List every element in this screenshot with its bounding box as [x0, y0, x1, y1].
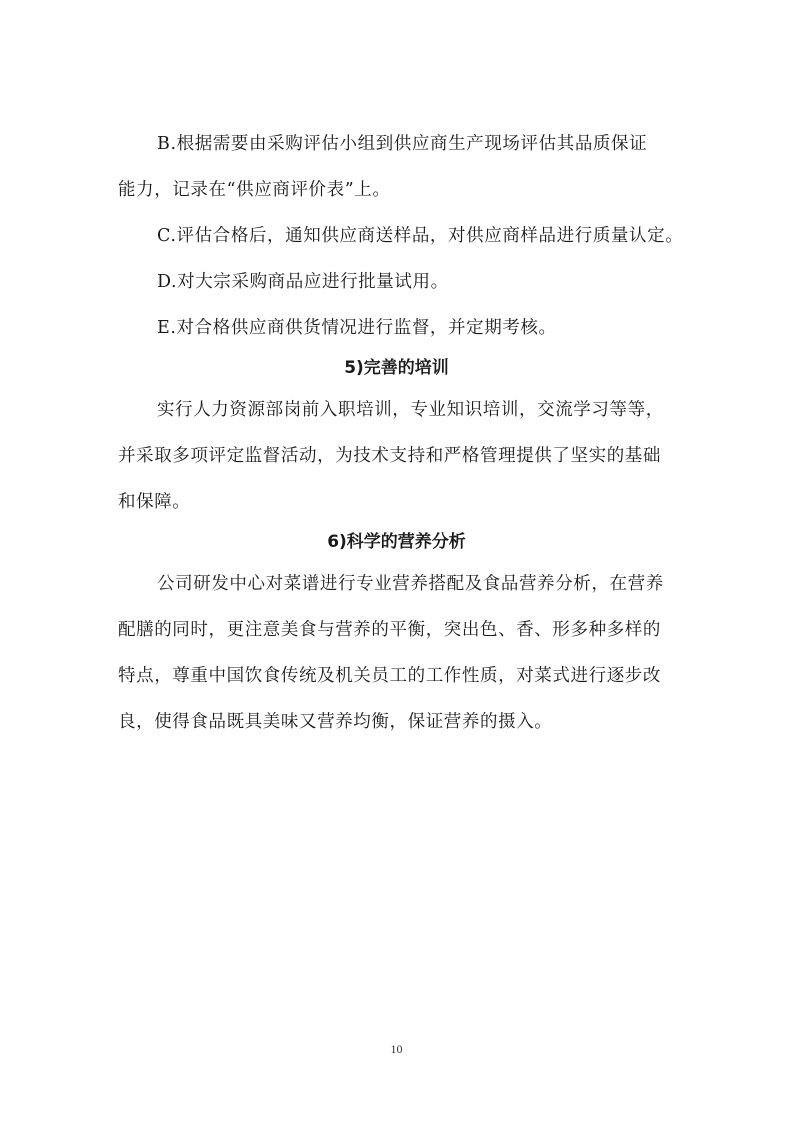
training-para-line-3: 和保障。	[118, 488, 190, 513]
item-b-line-2: 能力，记录在“供应商评价表”上。	[118, 176, 391, 201]
section-heading-training: 5)完善的培训	[0, 353, 793, 378]
item-d-line: D.对大宗采购商品应进行批量试用。	[157, 268, 449, 293]
item-e-line: E.对合格供应商供货情况进行监督，并定期考核。	[157, 314, 557, 339]
training-para-line-1: 实行人力资源部岗前入职培训，专业知识培训，交流学习等等，	[157, 396, 664, 421]
nutrition-para-line-3: 特点，尊重中国饮食传统及机关员工的工作性质，对菜式进行逐步改	[118, 662, 661, 687]
nutrition-para-line-2: 配膳的同时，更注意美食与营养的平衡，突出色、香、形多种多样的	[118, 616, 661, 641]
nutrition-para-line-4: 良，使得食品既具美味又营养均衡，保证营养的摄入。	[118, 708, 552, 733]
training-para-line-2: 并采取多项评定监督活动，为技术支持和严格管理提供了坚实的基础	[118, 442, 661, 467]
item-c-line: C.评估合格后，通知供应商送样品，对供应商样品进行质量认定。	[157, 222, 683, 247]
item-b-line-1: B.根据需要由采购评估小组到供应商生产现场评估其品质保证	[157, 130, 647, 155]
section-heading-nutrition: 6)科学的营养分析	[0, 527, 793, 552]
document-page: B.根据需要由采购评估小组到供应商生产现场评估其品质保证 能力，记录在“供应商评…	[0, 0, 793, 1122]
nutrition-para-line-1: 公司研发中心对菜谱进行专业营养搭配及食品营养分析，在营养	[157, 570, 664, 595]
page-number: 10	[0, 1042, 793, 1057]
